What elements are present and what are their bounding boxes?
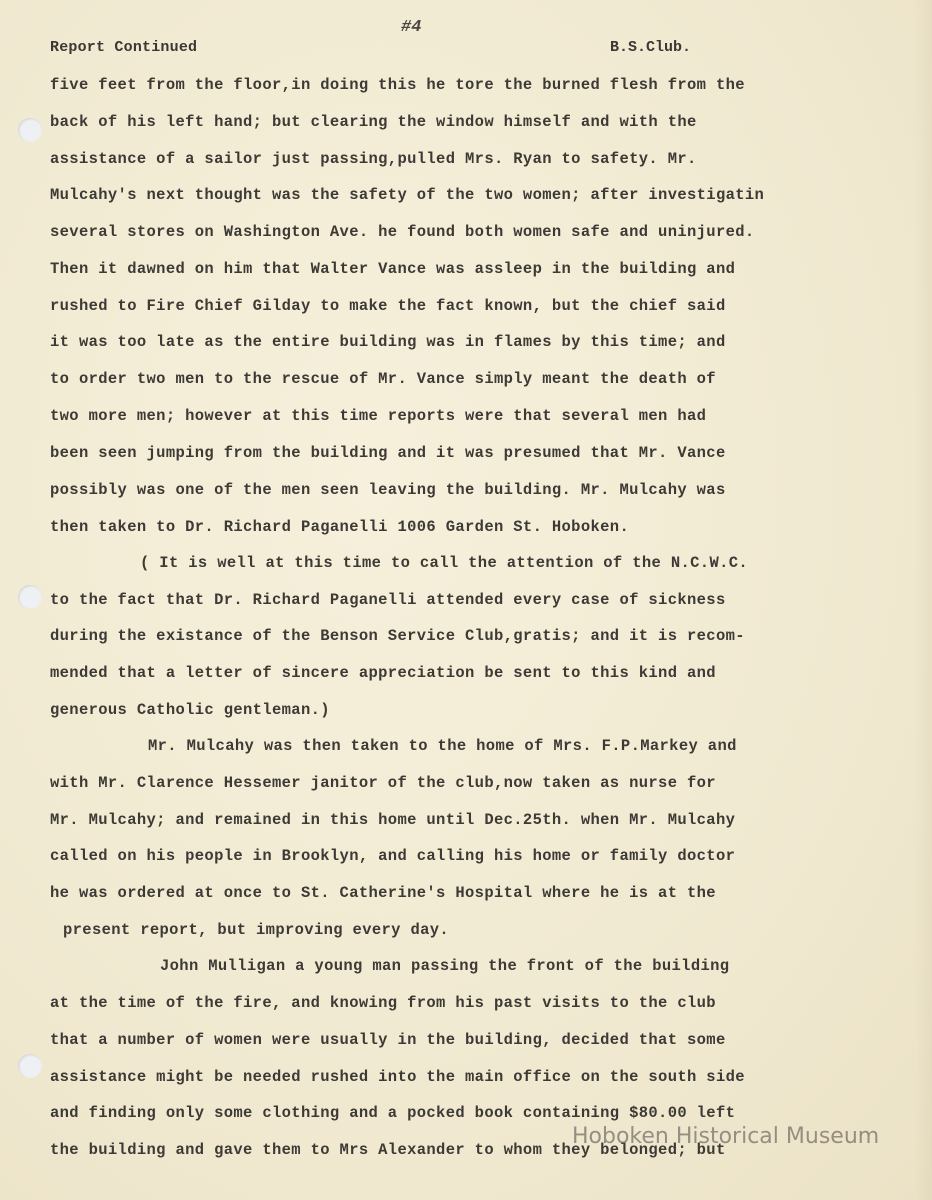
- text-line: mended that a letter of sincere apprecia…: [50, 664, 716, 682]
- text-line: it was too late as the entire building w…: [50, 333, 726, 351]
- text-line: Mr. Mulcahy was then taken to the home o…: [148, 737, 737, 755]
- page-edge-shadow: [914, 0, 932, 1200]
- text-line: to order two men to the rescue of Mr. Va…: [50, 370, 716, 388]
- text-line: possibly was one of the men seen leaving…: [50, 481, 726, 499]
- header-left: Report Continued: [50, 39, 197, 56]
- text-line: rushed to Fire Chief Gilday to make the …: [50, 297, 726, 315]
- text-line: during the existance of the Benson Servi…: [50, 627, 745, 645]
- text-line: Mr. Mulcahy; and remained in this home u…: [50, 811, 735, 829]
- text-line: generous Catholic gentleman.): [50, 701, 330, 719]
- museum-watermark: Hoboken Historical Museum: [572, 1124, 879, 1149]
- text-line: called on his people in Brooklyn, and ca…: [50, 847, 735, 865]
- document-page: #4 Report Continued B.S.Club. five feet …: [0, 0, 932, 1200]
- text-line: and finding only some clothing and a poc…: [50, 1104, 735, 1122]
- text-line: five feet from the floor,in doing this h…: [50, 76, 745, 94]
- text-line: he was ordered at once to St. Catherine'…: [50, 884, 716, 902]
- punch-hole-top: [18, 118, 42, 142]
- text-line: John Mulligan a young man passing the fr…: [160, 957, 729, 975]
- text-line: at the time of the fire, and knowing fro…: [50, 994, 716, 1012]
- text-line: ( It is well at this time to call the at…: [140, 554, 748, 572]
- text-line: then taken to Dr. Richard Paganelli 1006…: [50, 518, 629, 536]
- text-line: back of his left hand; but clearing the …: [50, 113, 697, 131]
- text-line: with Mr. Clarence Hessemer janitor of th…: [50, 774, 716, 792]
- header-right: B.S.Club.: [610, 39, 691, 56]
- punch-hole-bottom: [18, 1054, 42, 1078]
- text-line: that a number of women were usually in t…: [50, 1031, 726, 1049]
- text-line: been seen jumping from the building and …: [50, 444, 726, 462]
- text-line: to the fact that Dr. Richard Paganelli a…: [50, 591, 726, 609]
- page-number: #4: [401, 18, 421, 37]
- text-line: Mulcahy's next thought was the safety of…: [50, 186, 764, 204]
- text-line: Then it dawned on him that Walter Vance …: [50, 260, 735, 278]
- text-line: present report, but improving every day.: [63, 921, 449, 939]
- text-line: several stores on Washington Ave. he fou…: [50, 223, 755, 241]
- punch-hole-middle: [18, 585, 42, 609]
- text-line: two more men; however at this time repor…: [50, 407, 706, 425]
- text-line: assistance of a sailor just passing,pull…: [50, 150, 697, 168]
- text-line: assistance might be needed rushed into t…: [50, 1068, 745, 1086]
